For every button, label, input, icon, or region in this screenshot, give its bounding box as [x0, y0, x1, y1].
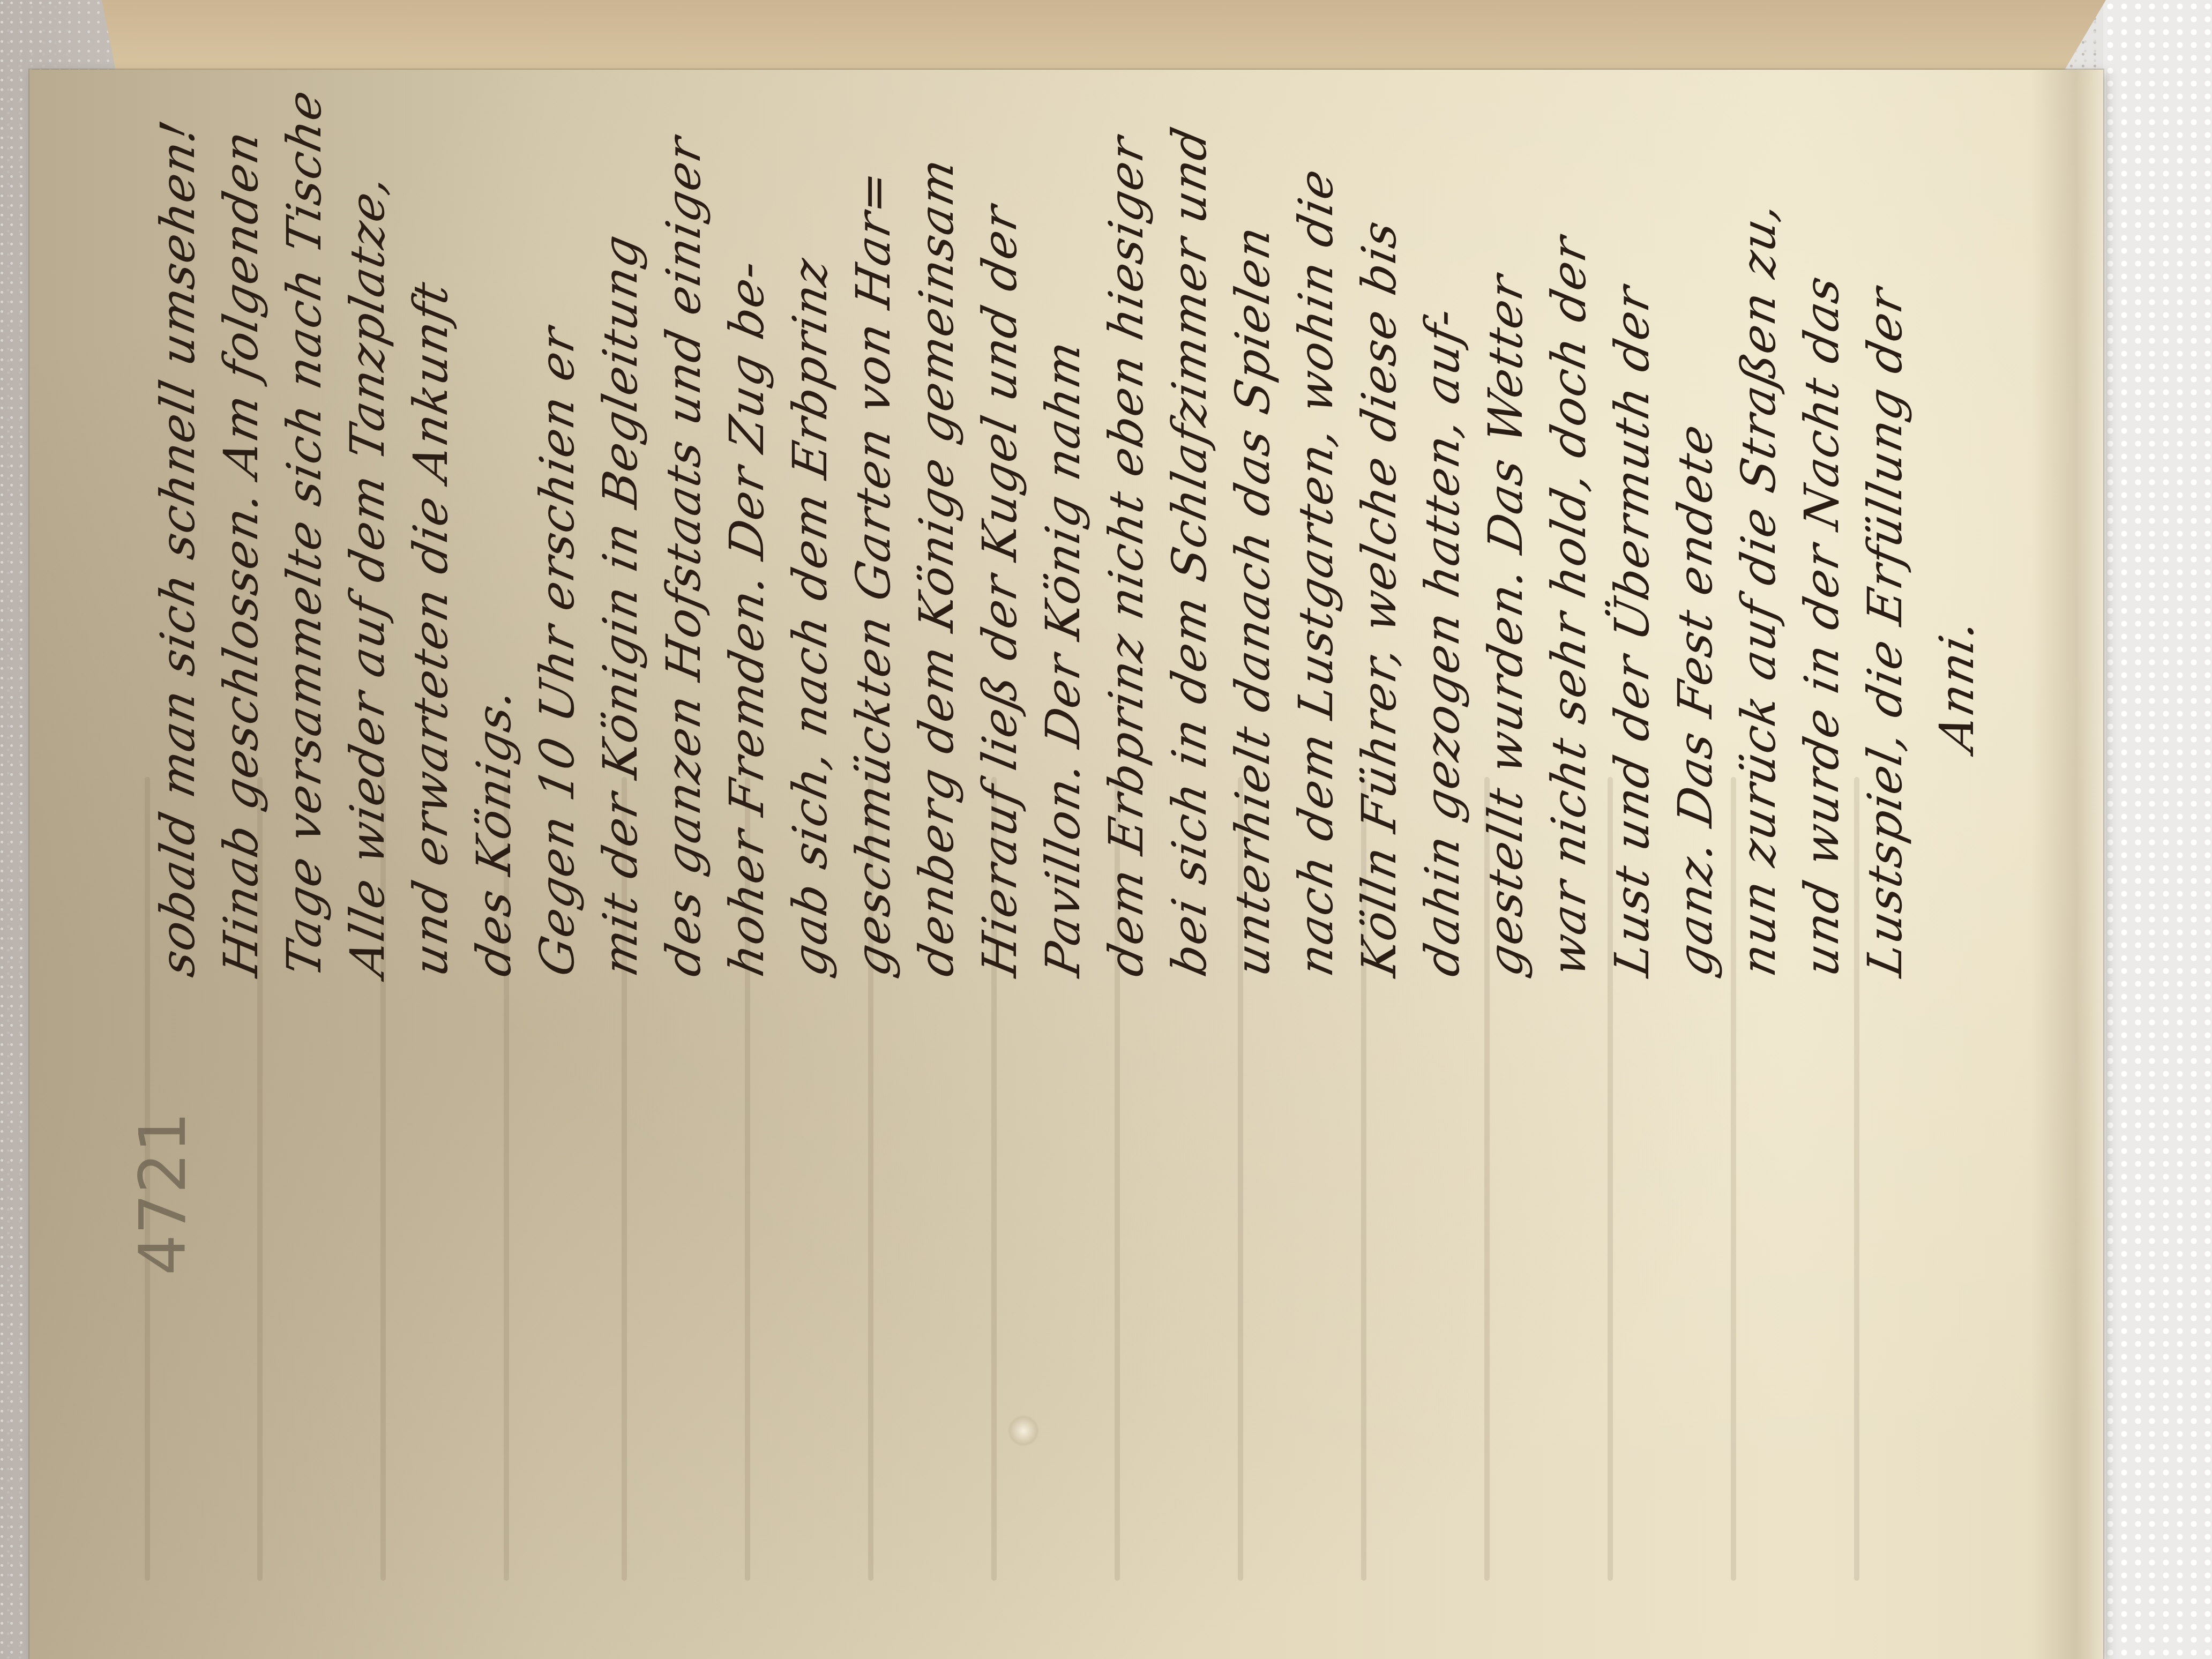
- handwritten-text-block: sobald man sich schnell umsehen! Hinab g…: [139, 75, 2004, 975]
- text-line: nun zurück auf die Straßen zu,: [1731, 197, 1789, 981]
- text-line: ganz. Das Fest endete: [1668, 419, 1725, 981]
- text-line: bei sich in dem Schlafzimmer und: [1162, 122, 1220, 982]
- text-line: denberg dem Könige gemeinsam: [909, 153, 967, 981]
- text-line: und wurde in der Nacht das: [1794, 270, 1852, 981]
- text-line: unterhielt danach das Spielen: [1225, 221, 1283, 982]
- text-line: Alle wieder auf dem Tanzplatze,: [340, 170, 398, 981]
- text-line: Hinab geschlossen. Am folgenden: [213, 125, 271, 982]
- text-line: Kölln Führer, welche diese bis: [1351, 215, 1409, 981]
- text-line: war nicht sehr hold, doch der: [1541, 231, 1599, 982]
- paper-crease: [1007, 1415, 1040, 1447]
- archive-number: 4721: [126, 1112, 200, 1275]
- text-line: Tage versammelte sich nach Tische: [276, 84, 334, 981]
- text-line: hoher Fremden. Der Zug be-: [719, 255, 777, 981]
- page-fold-shadow: [2031, 70, 2106, 1659]
- text-line: gestellt wurden. Das Wetter: [1478, 269, 1536, 981]
- text-line: Lustspiel, die Erfüllung der: [1857, 282, 1915, 982]
- text-line: gab sich, nach dem Erbprinz: [782, 252, 840, 981]
- text-line: nach dem Lustgarten, wohin die: [1288, 163, 1346, 982]
- text-line: Lust und der Übermuth der: [1604, 281, 1662, 982]
- background-cloth-right: [2103, 0, 2212, 1659]
- text-line: Gegen 10 Uhr erschien er: [529, 322, 587, 982]
- text-line: dem Erbprinz nicht eben hiesiger: [1098, 131, 1156, 982]
- text-line: dahin gezogen hatten, auf-: [1415, 303, 1473, 982]
- signature: Anni.: [1929, 614, 1987, 756]
- text-line: Pavillon. Der König nahm: [1035, 335, 1093, 982]
- text-line: Hierauf ließ der Kugel und der: [972, 200, 1030, 981]
- text-line: mit der Königin in Begleitung: [593, 229, 651, 982]
- text-line: des ganzen Hofstaats und einiger: [656, 131, 714, 981]
- text-line: geschmückten Garten von Har=: [846, 166, 903, 982]
- text-line: des Königs.: [466, 683, 524, 981]
- text-line: und erwarteten die Ankunft: [403, 276, 461, 982]
- text-line: sobald man sich schnell umsehen!: [150, 115, 208, 981]
